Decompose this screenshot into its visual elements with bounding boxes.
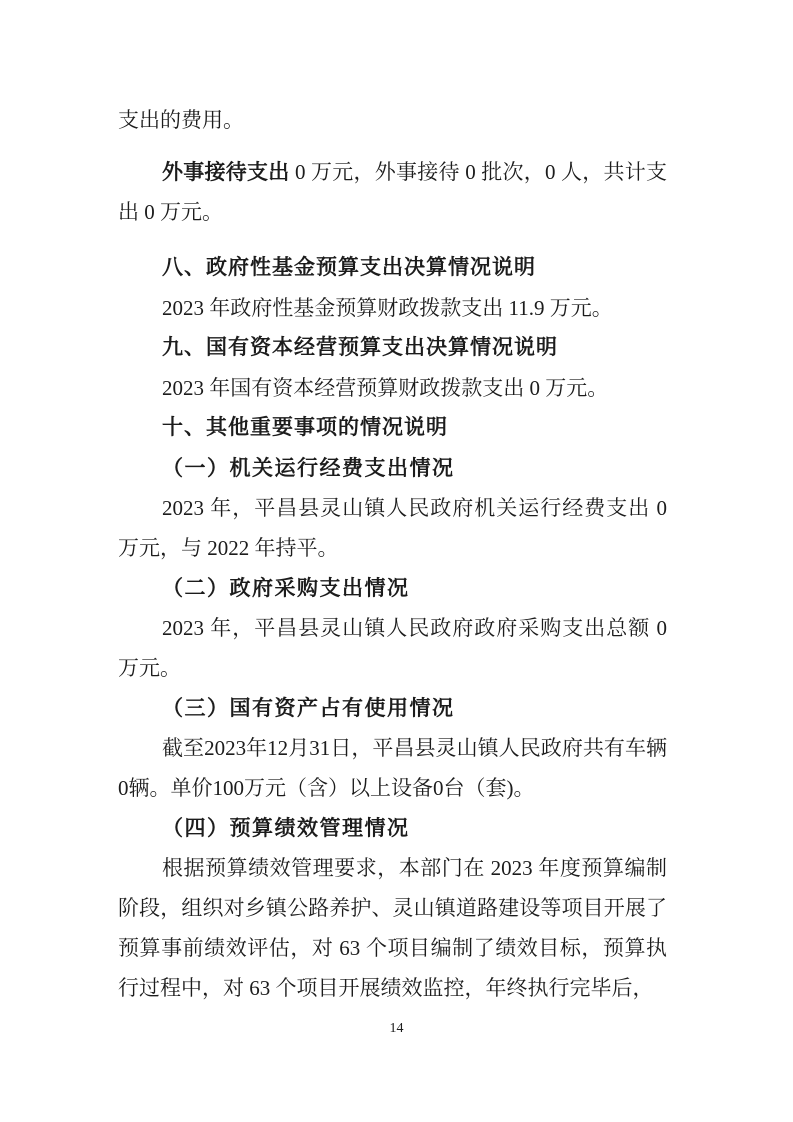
bold-lead-foreign-affairs: 外事接待支出	[162, 160, 290, 184]
subsection-heading-3-state-assets: （三）国有资产占有使用情况	[118, 688, 667, 728]
section-heading-10-other-matters: 十、其他重要事项的情况说明	[118, 408, 667, 448]
document-page: 支出的费用。 外事接待支出 0 万元，外事接待 0 批次，0 人，共计支出 0 …	[0, 0, 793, 1122]
paragraph-foreign-affairs-reception: 外事接待支出 0 万元，外事接待 0 批次，0 人，共计支出 0 万元。	[118, 152, 667, 232]
subsection-heading-2-procurement: （二）政府采购支出情况	[118, 568, 667, 608]
paragraph-state-assets-detail: 截至2023年12月31日，平昌县灵山镇人民政府共有车辆0辆。单价100万元（含…	[118, 728, 667, 808]
subsection-heading-1-operating-funds: （一）机关运行经费支出情况	[118, 448, 667, 488]
section-heading-8-government-funds: 八、政府性基金预算支出决算情况说明	[118, 248, 667, 288]
section-heading-9-state-capital: 九、国有资本经营预算支出决算情况说明	[118, 328, 667, 368]
paragraph-state-capital-expenditure: 2023 年国有资本经营预算财政拨款支出 0 万元。	[118, 368, 667, 408]
paragraph-procurement-detail: 2023 年，平昌县灵山镇人民政府政府采购支出总额 0 万元。	[118, 608, 667, 688]
paragraph-performance-management-detail: 根据预算绩效管理要求，本部门在 2023 年度预算编制阶段，组织对乡镇公路养护、…	[118, 848, 667, 1008]
subsection-heading-4-performance-management: （四）预算绩效管理情况	[118, 808, 667, 848]
page-number: 14	[0, 1020, 793, 1038]
document-body: 支出的费用。 外事接待支出 0 万元，外事接待 0 批次，0 人，共计支出 0 …	[118, 0, 667, 1008]
paragraph-expense-continuation: 支出的费用。	[118, 100, 667, 140]
paragraph-operating-funds-detail: 2023 年，平昌县灵山镇人民政府机关运行经费支出 0 万元，与 2022 年持…	[118, 488, 667, 568]
paragraph-government-funds-expenditure: 2023 年政府性基金预算财政拨款支出 11.9 万元。	[118, 288, 667, 328]
